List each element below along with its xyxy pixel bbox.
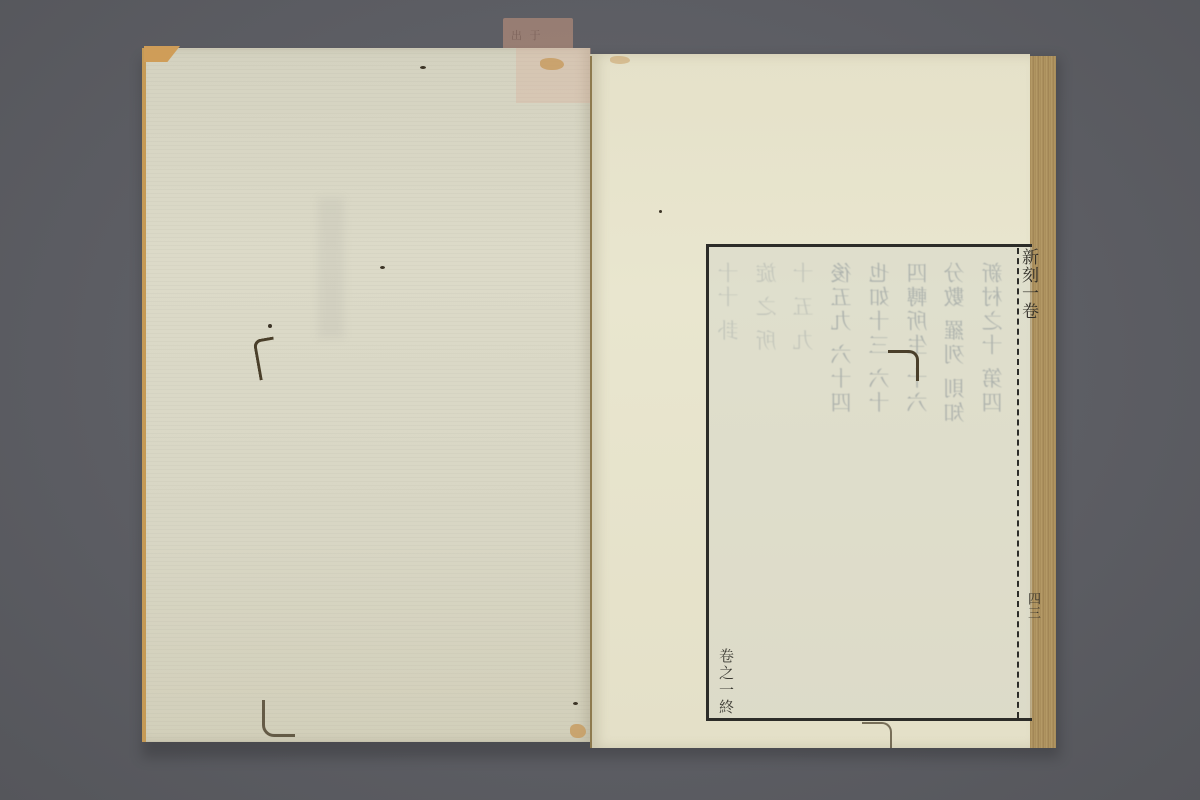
text-column: 十十 卦 [716,262,742,702]
wormhole-dot [380,266,385,269]
reference-tag: 出 于 [503,18,573,52]
wormhole [862,722,892,748]
paper-stain [570,724,586,738]
left-page [142,48,590,742]
text-column: 新村之十 第四 [980,262,1006,702]
book-photograph: 出 于 新村之十 第四 分數 羅列 則知 四轉所生 十六 也如十三 六十 後五九… [0,0,1200,800]
book-gutter [590,56,592,748]
paper-stain [540,58,564,70]
wormhole [888,350,919,381]
color-reflection [516,48,591,103]
margin-title: 新刻一卷 [1019,248,1037,320]
volume-end-mark: 卷之一終 [716,648,737,716]
wormhole-dot [420,66,426,69]
text-column: 分數 羅列 則知 [942,262,968,702]
bleed-through-text: 新村之十 第四 分數 羅列 則知 四轉所生 十六 也如十三 六十 後五九 六十四… [716,262,1006,702]
text-column: 旋 之 所 [754,262,780,702]
tag-glyph: 出 于 [511,27,543,43]
wormhole-dot [268,324,272,328]
text-column: 四轉所生 十六 [905,262,931,702]
margin-page-number: 四三 [1023,592,1042,620]
text-column: 後五九 六十四 [829,262,855,702]
page-fore-edge [1030,56,1056,748]
paper-stain [610,56,630,64]
wormhole [262,700,295,737]
bleed-through-mark [318,198,344,338]
text-column: 十 五 九 [791,262,817,702]
text-column: 也如十三 六十 [867,262,893,702]
wormhole-dot [573,702,578,705]
worn-corner [144,46,180,62]
wormhole-dot [659,210,662,213]
